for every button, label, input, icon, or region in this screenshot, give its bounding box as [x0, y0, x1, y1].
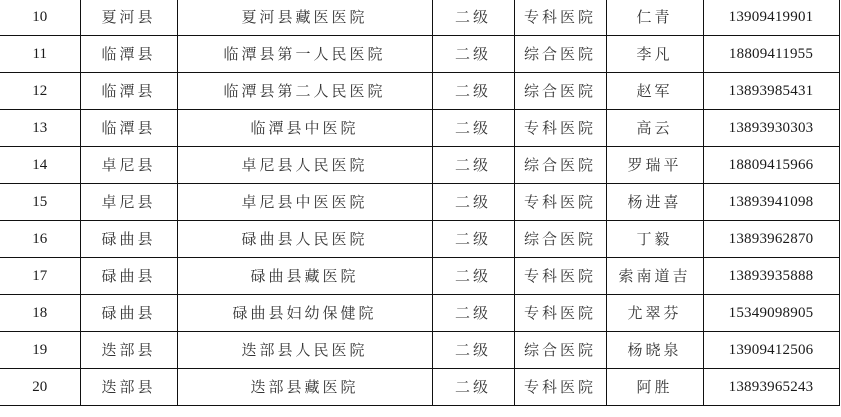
hospital-type-cell: 专科医院 [514, 369, 606, 406]
row-number: 15 [0, 184, 80, 221]
table-row: 15 卓尼县 卓尼县中医医院 二级 专科医院 杨进喜 13893941098 [0, 184, 839, 221]
table-row: 18 碌曲县 碌曲县妇幼保健院 二级 专科医院 尤翠芬 15349098905 [0, 295, 839, 332]
hospital-name-cell: 临潭县第二人民医院 [177, 73, 432, 110]
county-cell: 临潭县 [80, 110, 177, 147]
phone-cell: 13893985431 [703, 73, 839, 110]
hospital-name-cell: 临潭县中医院 [177, 110, 432, 147]
phone-cell: 13909419901 [703, 0, 839, 36]
table-row: 19 迭部县 迭部县人民医院 二级 综合医院 杨晓泉 13909412506 [0, 332, 839, 369]
row-number: 11 [0, 36, 80, 73]
hospital-table: 10 夏河县 夏河县藏医医院 二级 专科医院 仁青 13909419901 11… [0, 0, 840, 406]
level-cell: 二级 [432, 0, 514, 36]
contact-person-cell: 罗瑞平 [606, 147, 703, 184]
level-cell: 二级 [432, 36, 514, 73]
contact-person-cell: 尤翠芬 [606, 295, 703, 332]
hospital-type-cell: 综合医院 [514, 73, 606, 110]
row-number: 12 [0, 73, 80, 110]
phone-cell: 15349098905 [703, 295, 839, 332]
contact-person-cell: 高云 [606, 110, 703, 147]
hospital-type-cell: 专科医院 [514, 184, 606, 221]
contact-person-cell: 李凡 [606, 36, 703, 73]
level-cell: 二级 [432, 369, 514, 406]
hospital-name-cell: 迭部县人民医院 [177, 332, 432, 369]
hospital-type-cell: 专科医院 [514, 110, 606, 147]
table-row: 10 夏河县 夏河县藏医医院 二级 专科医院 仁青 13909419901 [0, 0, 839, 36]
row-number: 19 [0, 332, 80, 369]
county-cell: 迭部县 [80, 369, 177, 406]
level-cell: 二级 [432, 184, 514, 221]
table-row: 17 碌曲县 碌曲县藏医院 二级 专科医院 索南道吉 13893935888 [0, 258, 839, 295]
county-cell: 临潭县 [80, 73, 177, 110]
county-cell: 碌曲县 [80, 221, 177, 258]
row-number: 17 [0, 258, 80, 295]
level-cell: 二级 [432, 110, 514, 147]
contact-person-cell: 杨进喜 [606, 184, 703, 221]
contact-person-cell: 丁毅 [606, 221, 703, 258]
level-cell: 二级 [432, 295, 514, 332]
hospital-type-cell: 综合医院 [514, 147, 606, 184]
table-row: 14 卓尼县 卓尼县人民医院 二级 综合医院 罗瑞平 18809415966 [0, 147, 839, 184]
table-row: 11 临潭县 临潭县第一人民医院 二级 综合医院 李凡 18809411955 [0, 36, 839, 73]
hospital-name-cell: 迭部县藏医院 [177, 369, 432, 406]
row-number: 10 [0, 0, 80, 36]
hospital-name-cell: 卓尼县人民医院 [177, 147, 432, 184]
phone-cell: 13893962870 [703, 221, 839, 258]
contact-person-cell: 杨晓泉 [606, 332, 703, 369]
county-cell: 迭部县 [80, 332, 177, 369]
county-cell: 夏河县 [80, 0, 177, 36]
hospital-type-cell: 专科医院 [514, 258, 606, 295]
row-number: 13 [0, 110, 80, 147]
level-cell: 二级 [432, 332, 514, 369]
level-cell: 二级 [432, 73, 514, 110]
row-number: 14 [0, 147, 80, 184]
hospital-name-cell: 卓尼县中医医院 [177, 184, 432, 221]
table-row: 20 迭部县 迭部县藏医院 二级 专科医院 阿胜 13893965243 [0, 369, 839, 406]
county-cell: 卓尼县 [80, 184, 177, 221]
county-cell: 临潭县 [80, 36, 177, 73]
hospital-type-cell: 综合医院 [514, 221, 606, 258]
level-cell: 二级 [432, 221, 514, 258]
hospital-name-cell: 碌曲县妇幼保健院 [177, 295, 432, 332]
hospital-type-cell: 综合医院 [514, 36, 606, 73]
phone-cell: 18809411955 [703, 36, 839, 73]
hospital-name-cell: 夏河县藏医医院 [177, 0, 432, 36]
phone-cell: 13893941098 [703, 184, 839, 221]
level-cell: 二级 [432, 147, 514, 184]
hospital-name-cell: 碌曲县藏医院 [177, 258, 432, 295]
hospital-name-cell: 碌曲县人民医院 [177, 221, 432, 258]
hospital-name-cell: 临潭县第一人民医院 [177, 36, 432, 73]
phone-cell: 13893935888 [703, 258, 839, 295]
county-cell: 碌曲县 [80, 295, 177, 332]
contact-person-cell: 阿胜 [606, 369, 703, 406]
table-row: 16 碌曲县 碌曲县人民医院 二级 综合医院 丁毅 13893962870 [0, 221, 839, 258]
contact-person-cell: 赵军 [606, 73, 703, 110]
table-row: 13 临潭县 临潭县中医院 二级 专科医院 高云 13893930303 [0, 110, 839, 147]
level-cell: 二级 [432, 258, 514, 295]
phone-cell: 13893930303 [703, 110, 839, 147]
row-number: 16 [0, 221, 80, 258]
row-number: 18 [0, 295, 80, 332]
contact-person-cell: 索南道吉 [606, 258, 703, 295]
county-cell: 碌曲县 [80, 258, 177, 295]
row-number: 20 [0, 369, 80, 406]
phone-cell: 13893965243 [703, 369, 839, 406]
contact-person-cell: 仁青 [606, 0, 703, 36]
hospital-type-cell: 专科医院 [514, 0, 606, 36]
table-row: 12 临潭县 临潭县第二人民医院 二级 综合医院 赵军 13893985431 [0, 73, 839, 110]
county-cell: 卓尼县 [80, 147, 177, 184]
phone-cell: 18809415966 [703, 147, 839, 184]
hospital-type-cell: 专科医院 [514, 295, 606, 332]
hospital-type-cell: 综合医院 [514, 332, 606, 369]
phone-cell: 13909412506 [703, 332, 839, 369]
